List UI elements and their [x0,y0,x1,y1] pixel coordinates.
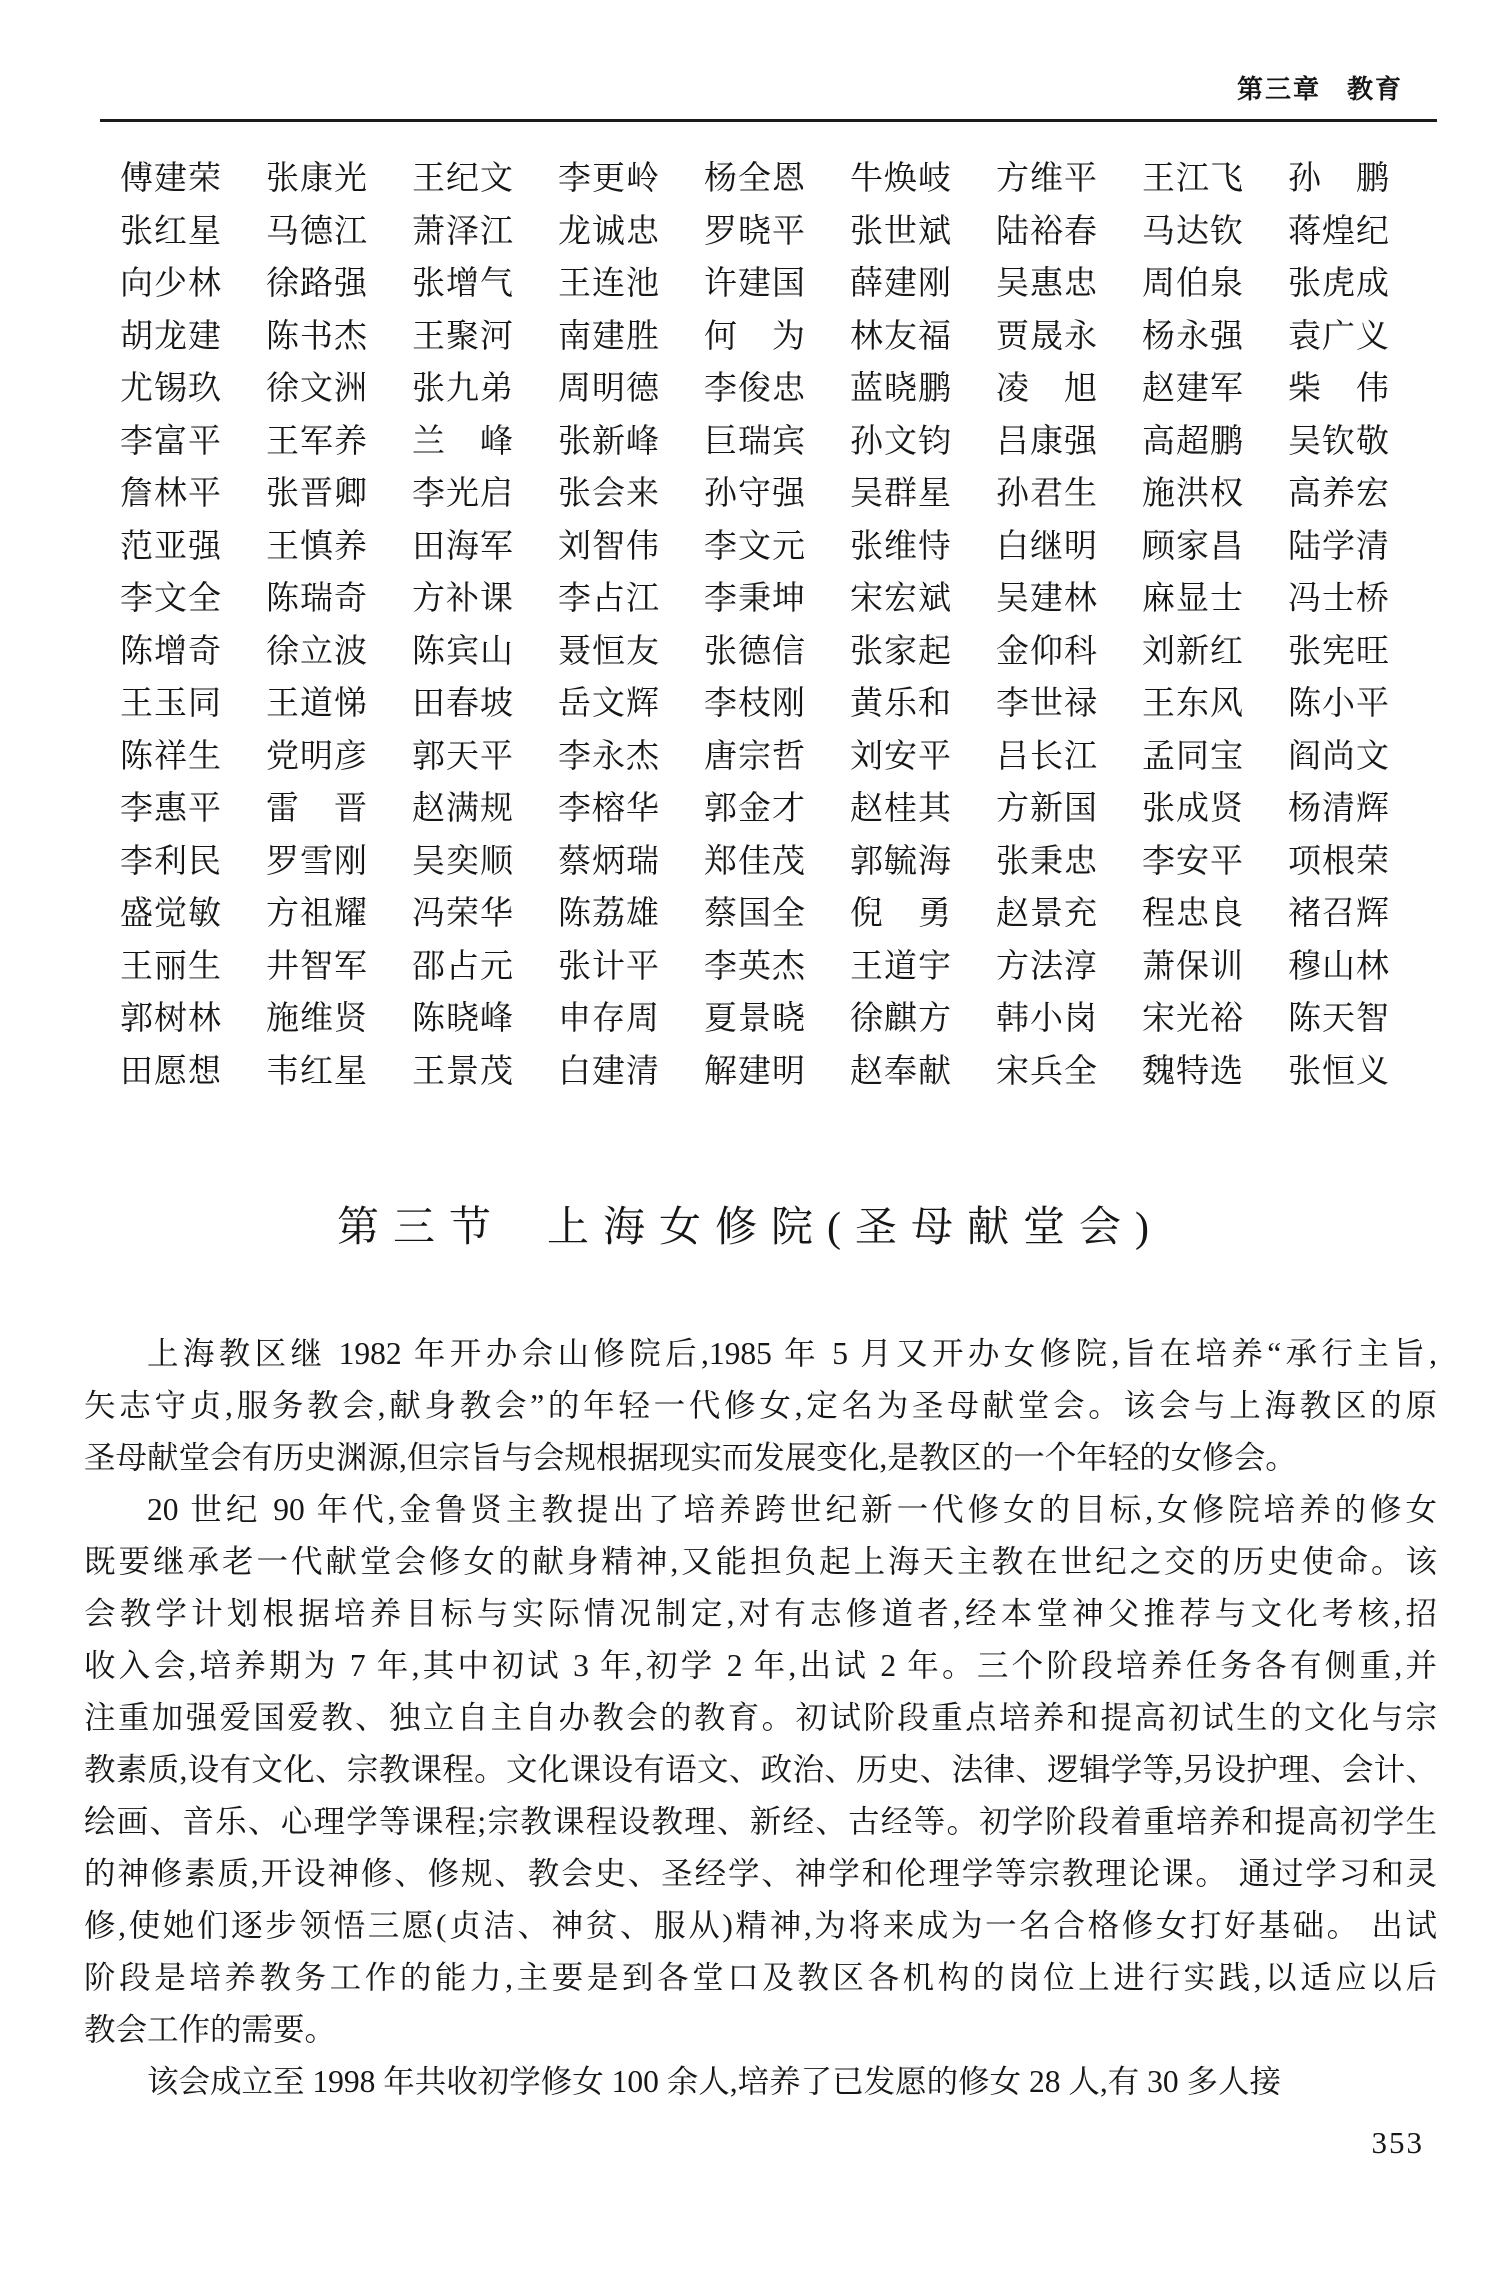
name-cell: 孙 鹏 [1288,163,1390,197]
text-line: 收入会,培养期为 7 年,其中初试 3 年,初学 2 年,出试 2 年。三个阶段… [84,1640,1437,1692]
name-cell: 施维贤 [266,1003,368,1037]
name-cell: 雷 晋 [266,793,368,827]
name-cell: 张计平 [558,951,660,985]
name-cell: 徐文洲 [266,373,368,407]
name-cell: 党明彦 [266,741,368,775]
name-cell: 王纪文 [412,163,514,197]
name-cell: 张九弟 [412,373,514,407]
name-cell: 龙诚忠 [558,216,660,250]
name-cell: 韦红星 [266,1056,368,1090]
name-cell: 陈瑞奇 [266,583,368,617]
text-line: 绘画、音乐、心理学等课程;宗教课程设教理、新经、古经等。初学阶段着重培养和提高初… [84,1796,1437,1848]
name-cell: 李秉坤 [704,583,806,617]
name-cell: 牛焕岐 [850,163,952,197]
running-head: 第三章 教育 [1237,74,1403,104]
name-cell: 田海军 [412,531,514,565]
name-cell: 张秉忠 [996,846,1098,880]
name-cell: 张会来 [558,478,660,512]
name-cell: 陈小平 [1288,688,1390,722]
name-cell: 贾晟永 [996,321,1098,355]
name-cell: 邵占元 [412,951,514,985]
name-cell: 高养宏 [1288,478,1390,512]
name-cell: 方法淳 [996,951,1098,985]
chapter-label: 第三章 [1237,74,1321,104]
name-cell: 王丽生 [120,951,222,985]
name-cell: 李光启 [412,478,514,512]
name-cell: 陈增奇 [120,636,222,670]
name-cell: 郭树林 [120,1003,222,1037]
name-cell: 白建清 [558,1056,660,1090]
name-cell: 宋宏斌 [850,583,952,617]
name-cell: 冯荣华 [412,898,514,932]
name-cell: 倪 勇 [850,898,952,932]
name-cell: 尤锡玖 [120,373,222,407]
name-cell: 徐立波 [266,636,368,670]
name-cell: 李更岭 [558,163,660,197]
name-cell: 凌 旭 [996,373,1098,407]
name-cell: 李世禄 [996,688,1098,722]
name-cell: 金仰科 [996,636,1098,670]
name-cell: 郭毓海 [850,846,952,880]
page-number: 353 [1372,2126,1425,2160]
name-cell: 许建国 [704,268,806,302]
text-line: 20 世纪 90 年代,金鲁贤主教提出了培养跨世纪新一代修女的目标,女修院培养的… [84,1484,1437,1536]
name-cell: 王江飞 [1142,163,1244,197]
name-cell: 杨全恩 [704,163,806,197]
text-line: 教会工作的需要。 [84,2004,1437,2056]
name-cell: 陈宾山 [412,636,514,670]
text-line: 阶段是培养教务工作的能力,主要是到各堂口及教区各机构的岗位上进行实践,以适应以后 [84,1952,1437,2004]
name-cell: 孙君生 [996,478,1098,512]
name-cell: 徐麒方 [850,1003,952,1037]
name-cell: 胡龙建 [120,321,222,355]
name-cell: 吴奕顺 [412,846,514,880]
text-line: 注重加强爱国爱教、独立自主自办教会的教育。初试阶段重点培养和提高初试生的文化与宗 [84,1692,1437,1744]
name-cell: 韩小岗 [996,1003,1098,1037]
name-cell: 田春坡 [412,688,514,722]
name-cell: 萧保训 [1142,951,1244,985]
name-cell: 张恒义 [1288,1056,1390,1090]
name-cell: 马达钦 [1142,216,1244,250]
name-cell: 李惠平 [120,793,222,827]
paragraph: 上海教区继 1982 年开办佘山修院后,1985 年 5 月又开办女修院,旨在培… [84,1328,1437,1484]
name-cell: 陈荔雄 [558,898,660,932]
name-cell: 王聚河 [412,321,514,355]
name-cell: 李榕华 [558,793,660,827]
book-page: 第三章 教育 傅建荣张康光王纪文李更岭杨全恩牛焕岐方维平王江飞孙 鹏张红星马德江… [0,0,1500,2273]
name-cell: 王道悌 [266,688,368,722]
name-cell: 李利民 [120,846,222,880]
paragraph: 20 世纪 90 年代,金鲁贤主教提出了培养跨世纪新一代修女的目标,女修院培养的… [84,1484,1437,2056]
name-cell: 项根荣 [1288,846,1390,880]
name-cell: 张红星 [120,216,222,250]
name-cell: 赵建军 [1142,373,1244,407]
text-line: 矢志守贞,服务教会,献身教会”的年轻一代修女,定名为圣母献堂会。该会与上海教区的… [84,1380,1437,1432]
name-cell: 高超鹏 [1142,426,1244,460]
name-cell: 李枝刚 [704,688,806,722]
name-cell: 方祖耀 [266,898,368,932]
section-number: 第三节 [337,1203,505,1253]
paragraph: 该会成立至 1998 年共收初学修女 100 余人,培养了已发愿的修女 28 人… [84,2056,1437,2108]
name-cell: 吴群星 [850,478,952,512]
name-cell: 孙守强 [704,478,806,512]
name-cell: 岳文辉 [558,688,660,722]
name-cell: 吴惠忠 [996,268,1098,302]
name-cell: 程忠良 [1142,898,1244,932]
name-cell: 黄乐和 [850,688,952,722]
name-cell: 蔡炳瑞 [558,846,660,880]
name-cell: 王慎养 [266,531,368,565]
section-heading: 第三节 上海女修院(圣母献堂会) [0,1203,1500,1253]
name-cell: 何 为 [704,321,806,355]
name-cell: 马德江 [266,216,368,250]
name-cell: 蔡国全 [704,898,806,932]
name-cell: 麻显士 [1142,583,1244,617]
name-cell: 傅建荣 [120,163,222,197]
name-cell: 张康光 [266,163,368,197]
name-cell: 王东风 [1142,688,1244,722]
name-cell: 范亚强 [120,531,222,565]
name-cell: 张宪旺 [1288,636,1390,670]
name-cell: 刘智伟 [558,531,660,565]
name-cell: 周伯泉 [1142,268,1244,302]
name-table: 傅建荣张康光王纪文李更岭杨全恩牛焕岐方维平王江飞孙 鹏张红星马德江萧泽江龙诚忠罗… [120,163,1390,1089]
name-cell: 杨清辉 [1288,793,1390,827]
name-cell: 宋光裕 [1142,1003,1244,1037]
name-cell: 向少林 [120,268,222,302]
name-cell: 李安平 [1142,846,1244,880]
header-rule [100,119,1437,122]
name-cell: 张维恃 [850,531,952,565]
name-cell: 王景茂 [412,1056,514,1090]
name-cell: 刘新红 [1142,636,1244,670]
name-cell: 赵满规 [412,793,514,827]
name-cell: 聂恒友 [558,636,660,670]
name-cell: 吴钦敬 [1288,426,1390,460]
name-cell: 张虎成 [1288,268,1390,302]
name-cell: 方维平 [996,163,1098,197]
name-cell: 穆山林 [1288,951,1390,985]
name-cell: 陈天智 [1288,1003,1390,1037]
name-cell: 魏特选 [1142,1056,1244,1090]
name-cell: 李俊忠 [704,373,806,407]
name-cell: 李文全 [120,583,222,617]
name-cell: 柴 伟 [1288,373,1390,407]
text-line: 的神修素质,开设神修、修规、教会史、圣经学、神学和伦理学等宗教理论课。 通过学习… [84,1848,1437,1900]
name-cell: 蓝晓鹏 [850,373,952,407]
name-cell: 詹林平 [120,478,222,512]
name-cell: 赵桂其 [850,793,952,827]
name-cell: 李文元 [704,531,806,565]
name-cell: 罗雪刚 [266,846,368,880]
name-cell: 郑佳茂 [704,846,806,880]
name-cell: 夏景晓 [704,1003,806,1037]
name-cell: 林友福 [850,321,952,355]
text-line: 既要继承老一代献堂会修女的献身精神,又能担负起上海天主教在世纪之交的历史使命。该 [84,1536,1437,1588]
name-cell: 王连池 [558,268,660,302]
name-cell: 蒋煌纪 [1288,216,1390,250]
name-cell: 吕康强 [996,426,1098,460]
name-cell: 张成贤 [1142,793,1244,827]
name-cell: 张新峰 [558,426,660,460]
body-text: 上海教区继 1982 年开办佘山修院后,1985 年 5 月又开办女修院,旨在培… [84,1328,1437,2108]
name-cell: 王道宇 [850,951,952,985]
name-cell: 刘安平 [850,741,952,775]
name-cell: 陈书杰 [266,321,368,355]
text-line: 该会成立至 1998 年共收初学修女 100 余人,培养了已发愿的修女 28 人… [84,2056,1437,2108]
name-cell: 宋兵全 [996,1056,1098,1090]
name-cell: 张家起 [850,636,952,670]
name-cell: 张增气 [412,268,514,302]
name-cell: 井智军 [266,951,368,985]
name-cell: 王玉同 [120,688,222,722]
name-cell: 陆学清 [1288,531,1390,565]
text-line: 圣母献堂会有历史渊源,但宗旨与会规根据现实而发展变化,是教区的一个年轻的女修会。 [84,1432,1437,1484]
name-cell: 张晋卿 [266,478,368,512]
name-cell: 张世斌 [850,216,952,250]
name-cell: 李占江 [558,583,660,617]
name-cell: 方补课 [412,583,514,617]
name-cell: 郭天平 [412,741,514,775]
text-line: 修,使她们逐步领悟三愿(贞洁、神贫、服从)精神,为将来成为一名合格修女打好基础。… [84,1900,1437,1952]
name-cell: 徐路强 [266,268,368,302]
text-line: 上海教区继 1982 年开办佘山修院后,1985 年 5 月又开办女修院,旨在培… [84,1328,1437,1380]
name-cell: 白继明 [996,531,1098,565]
name-cell: 孙文钧 [850,426,952,460]
name-cell: 冯士桥 [1288,583,1390,617]
name-cell: 孟同宝 [1142,741,1244,775]
name-cell: 王军养 [266,426,368,460]
name-cell: 张德信 [704,636,806,670]
name-cell: 萧泽江 [412,216,514,250]
name-cell: 吕长江 [996,741,1098,775]
name-cell: 赵景充 [996,898,1098,932]
name-cell: 李英杰 [704,951,806,985]
name-cell: 吴建林 [996,583,1098,617]
name-cell: 薛建刚 [850,268,952,302]
name-cell: 李永杰 [558,741,660,775]
name-cell: 巨瑞宾 [704,426,806,460]
name-cell: 施洪权 [1142,478,1244,512]
name-cell: 陈晓峰 [412,1003,514,1037]
name-cell: 申存周 [558,1003,660,1037]
name-cell: 李富平 [120,426,222,460]
name-cell: 袁广义 [1288,321,1390,355]
chapter-title: 教育 [1347,74,1403,104]
section-title: 上海女修院(圣母献堂会) [547,1203,1163,1253]
name-cell: 唐宗哲 [704,741,806,775]
name-cell: 阎尚文 [1288,741,1390,775]
name-cell: 兰 峰 [412,426,514,460]
name-cell: 田愿想 [120,1056,222,1090]
name-cell: 陈祥生 [120,741,222,775]
name-cell: 郭金才 [704,793,806,827]
name-cell: 杨永强 [1142,321,1244,355]
name-cell: 陆裕春 [996,216,1098,250]
name-cell: 南建胜 [558,321,660,355]
name-cell: 赵奉献 [850,1056,952,1090]
name-cell: 罗晓平 [704,216,806,250]
name-cell: 盛觉敏 [120,898,222,932]
name-cell: 褚召辉 [1288,898,1390,932]
text-line: 教素质,设有文化、宗教课程。文化课设有语文、政治、历史、法律、逻辑学等,另设护理… [84,1744,1437,1796]
name-cell: 顾家昌 [1142,531,1244,565]
name-cell: 周明德 [558,373,660,407]
name-cell: 解建明 [704,1056,806,1090]
name-cell: 方新国 [996,793,1098,827]
text-line: 会教学计划根据培养目标与实际情况制定,对有志修道者,经本堂神父推荐与文化考核,招 [84,1588,1437,1640]
